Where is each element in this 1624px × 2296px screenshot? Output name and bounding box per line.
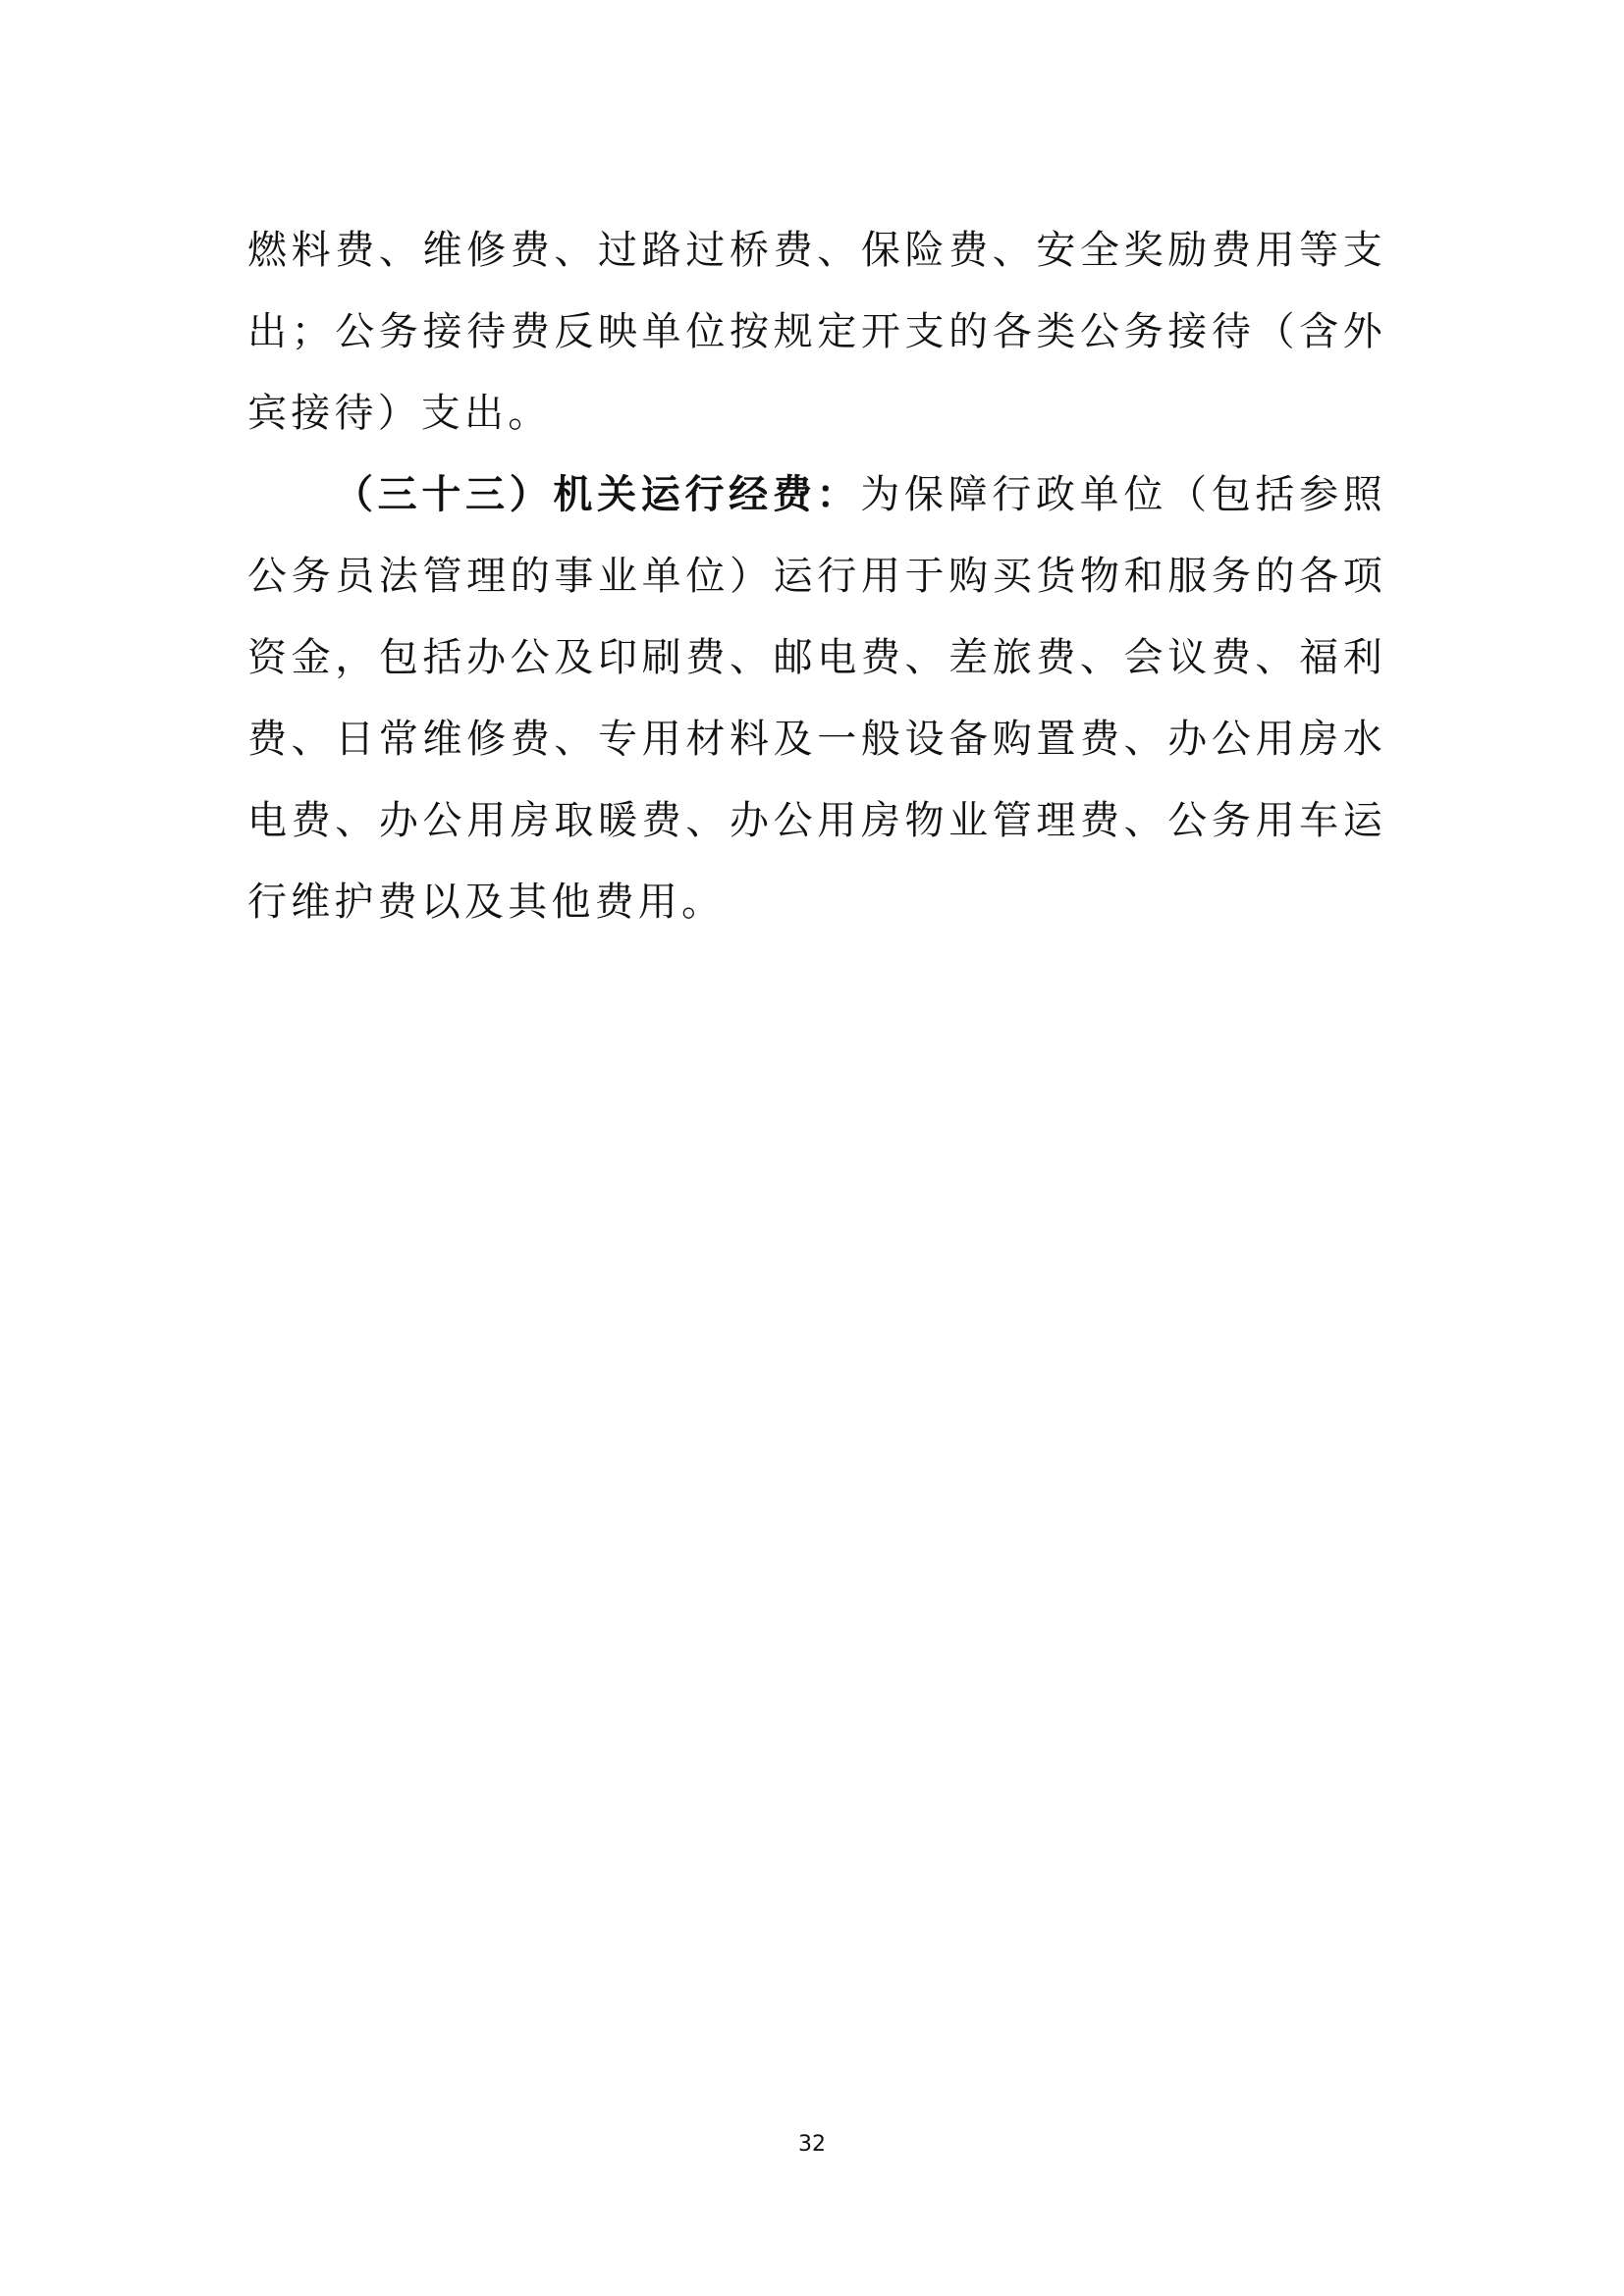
text-line: 行维护费以及其他费用。 <box>247 870 1386 951</box>
heading-continuation: 为保障行政单位（包括参照 <box>860 472 1386 517</box>
text-line: 资金，包括办公及印刷费、邮电费、差旅费、会议费、福利 <box>247 625 1386 707</box>
text-line: 公务员法管理的事业单位）运行用于购买货物和服务的各项 <box>247 544 1386 625</box>
document-page: 燃料费、维修费、过路过桥费、保险费、安全奖励费用等支 出；公务接待费反映单位按规… <box>0 0 1624 2296</box>
text-line: 电费、办公用房取暖费、办公用房物业管理费、公务用车运 <box>247 788 1386 870</box>
text-line-heading: （三十三）机关运行经费：为保障行政单位（包括参照 <box>247 462 1386 544</box>
section-heading: （三十三）机关运行经费： <box>334 471 860 517</box>
text-line: 出；公务接待费反映单位按规定开支的各类公务接待（含外 <box>247 299 1386 381</box>
paragraph-continued: 燃料费、维修费、过路过桥费、保险费、安全奖励费用等支 出；公务接待费反映单位按规… <box>247 218 1386 462</box>
page-number: 32 <box>0 2132 1624 2157</box>
text-line: 燃料费、维修费、过路过桥费、保险费、安全奖励费用等支 <box>247 218 1386 299</box>
text-line: 费、日常维修费、专用材料及一般设备购置费、办公用房水 <box>247 707 1386 788</box>
text-line: 宾接待）支出。 <box>247 381 1386 462</box>
body-text: 燃料费、维修费、过路过桥费、保险费、安全奖励费用等支 出；公务接待费反映单位按规… <box>247 218 1386 951</box>
paragraph-item-33: （三十三）机关运行经费：为保障行政单位（包括参照 公务员法管理的事业单位）运行用… <box>247 462 1386 951</box>
